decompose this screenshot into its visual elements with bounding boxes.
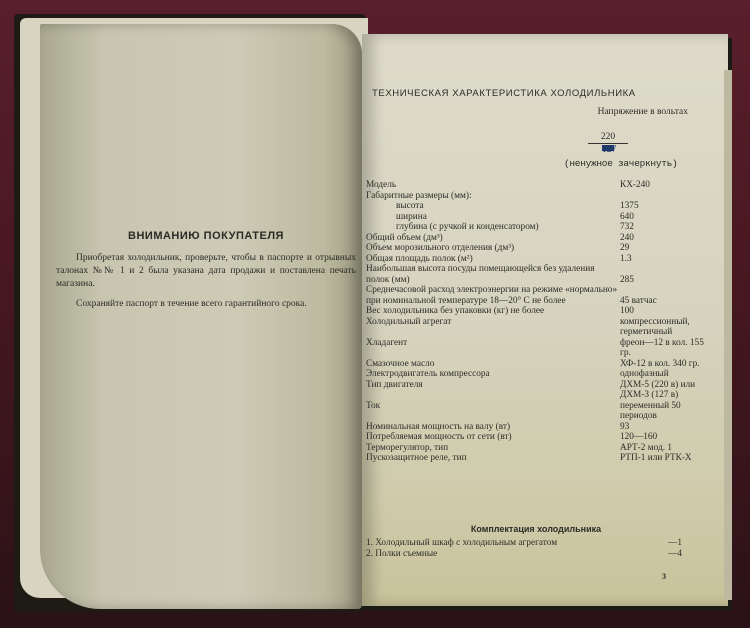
page-number: 3 <box>662 572 666 581</box>
spec-row: Токпеременный 50 периодов <box>366 401 706 422</box>
spec-row: Электродвигатель компрессораоднофазный <box>366 369 706 380</box>
spec-row: Наибольшая высота посуды помещающейся бе… <box>366 264 706 285</box>
voltage-fraction: 220 127 <box>588 132 628 155</box>
spec-row: глубина (с ручкой и конденсатором)732 <box>366 222 706 233</box>
spec-value: 100 <box>620 306 706 317</box>
spec-value <box>620 191 706 202</box>
left-page-title: ВНИМАНИЮ ПОКУПАТЕЛЯ <box>56 230 356 242</box>
spec-label: Объем морозильного отделения (дм³) <box>366 243 620 254</box>
spec-row: Номинальная мощность на валу (вт)93 <box>366 422 706 433</box>
spec-value: 45 ватчас <box>620 285 706 306</box>
spec-value: 1375 <box>620 201 706 212</box>
spec-label: Среднечасовой расход электроэнергии на р… <box>366 285 620 306</box>
spec-label: Потребляемая мощность от сети (вт) <box>366 432 620 443</box>
spec-value: 1.3 <box>620 254 706 265</box>
spec-label: Тип двигателя <box>366 380 620 401</box>
spec-label: Общий объем (дм³) <box>366 233 620 244</box>
spec-value: 240 <box>620 233 706 244</box>
spec-label: ширина <box>366 212 620 223</box>
spec-label: Хладагент <box>366 338 620 359</box>
spec-value: переменный 50 периодов <box>620 401 706 422</box>
voltage-value: 220 <box>588 132 628 142</box>
spec-value: РТП-1 или РТК-Х <box>620 453 706 464</box>
booklet-page-edge <box>724 70 732 600</box>
kit-item-qty: —1 <box>668 538 682 549</box>
spec-row: Смазочное маслоХФ-12 в кол. 340 гр. <box>366 359 706 370</box>
kit-item-label: 2. Полки съемные <box>366 549 437 560</box>
spec-label: Общая площадь полок (м²) <box>366 254 620 265</box>
spec-value: 120—160 <box>620 432 706 443</box>
spec-row: Терморегулятор, типАРТ-2 мод. 1 <box>366 443 706 454</box>
spec-label: глубина (с ручкой и конденсатором) <box>366 222 620 233</box>
spec-value: КХ-240 <box>620 180 706 191</box>
spec-table: МодельКХ-240 Габаритные размеры (мм): вы… <box>366 180 706 464</box>
spec-label: Номинальная мощность на валу (вт) <box>366 422 620 433</box>
spec-value: 640 <box>620 212 706 223</box>
spec-row: Среднечасовой расход электроэнергии на р… <box>366 285 706 306</box>
voltage-alt-struck: 127 <box>602 145 614 151</box>
spec-label: Вес холодильника без упаковки (кг) не бо… <box>366 306 620 317</box>
spec-label: Наибольшая высота посуды помещающейся бе… <box>366 264 620 285</box>
spec-label: Холодильный агрегат <box>366 317 620 338</box>
kit-list: 1. Холодильный шкаф с холодильным агрега… <box>366 538 682 559</box>
spec-row: ширина640 <box>366 212 706 223</box>
spec-row: Общий объем (дм³)240 <box>366 233 706 244</box>
spec-label: Смазочное масло <box>366 359 620 370</box>
spec-value: однофазный <box>620 369 706 380</box>
kit-item-label: 1. Холодильный шкаф с холодильным агрега… <box>366 538 557 549</box>
spec-value: компрессионный, герметичный <box>620 317 706 338</box>
spec-value: 285 <box>620 264 706 285</box>
spec-row: Вес холодильника без упаковки (кг) не бо… <box>366 306 706 317</box>
spec-value: 93 <box>620 422 706 433</box>
spec-value: ДХМ-5 (220 в) или ДХМ-3 (127 в) <box>620 380 706 401</box>
spec-label: высота <box>366 201 620 212</box>
spec-row: Габаритные размеры (мм): <box>366 191 706 202</box>
spec-value: АРТ-2 мод. 1 <box>620 443 706 454</box>
left-page-paragraph: Приобретая холодильник, проверьте, чтобы… <box>56 252 356 291</box>
spec-value: фреон—12 в кол. 155 гр. <box>620 338 706 359</box>
voltage-note: (ненужное зачеркнуть) <box>564 158 677 169</box>
spec-value: 29 <box>620 243 706 254</box>
spec-row: Тип двигателяДХМ-5 (220 в) или ДХМ-3 (12… <box>366 380 706 401</box>
right-page-content: ТЕХНИЧЕСКАЯ ХАРАКТЕРИСТИКА ХОЛОДИЛЬНИКА … <box>366 88 712 117</box>
spec-row: высота1375 <box>366 201 706 212</box>
spec-label: Ток <box>366 401 620 422</box>
spec-label: Электродвигатель компрессора <box>366 369 620 380</box>
kit-item: 2. Полки съемные —4 <box>366 549 682 560</box>
voltage-label: Напряжение в вольтах <box>366 107 712 117</box>
fraction-line <box>588 143 628 144</box>
spec-label: Модель <box>366 180 620 191</box>
spec-value: ХФ-12 в кол. 340 гр. <box>620 359 706 370</box>
spec-label: Пускозащитное реле, тип <box>366 453 620 464</box>
spec-label: Габаритные размеры (мм): <box>366 191 620 202</box>
spec-row: Объем морозильного отделения (дм³)29 <box>366 243 706 254</box>
kit-title: Комплектация холодильника <box>366 524 706 534</box>
kit-item-qty: —4 <box>668 549 682 560</box>
spec-row: МодельКХ-240 <box>366 180 706 191</box>
spec-row: Общая площадь полок (м²)1.3 <box>366 254 706 265</box>
spec-label: Терморегулятор, тип <box>366 443 620 454</box>
spec-row: Хладагентфреон—12 в кол. 155 гр. <box>366 338 706 359</box>
spec-row: Потребляемая мощность от сети (вт)120—16… <box>366 432 706 443</box>
spec-value: 732 <box>620 222 706 233</box>
spec-row: Пускозащитное реле, типРТП-1 или РТК-Х <box>366 453 706 464</box>
kit-item: 1. Холодильный шкаф с холодильным агрега… <box>366 538 682 549</box>
spec-title: ТЕХНИЧЕСКАЯ ХАРАКТЕРИСТИКА ХОЛОДИЛЬНИКА <box>372 88 712 99</box>
spec-row: Холодильный агрегаткомпрессионный, герме… <box>366 317 706 338</box>
left-page-paragraph: Сохраняйте паспорт в течение всего гаран… <box>56 298 356 311</box>
left-page-content: ВНИМАНИЮ ПОКУПАТЕЛЯ Приобретая холодильн… <box>56 230 356 318</box>
